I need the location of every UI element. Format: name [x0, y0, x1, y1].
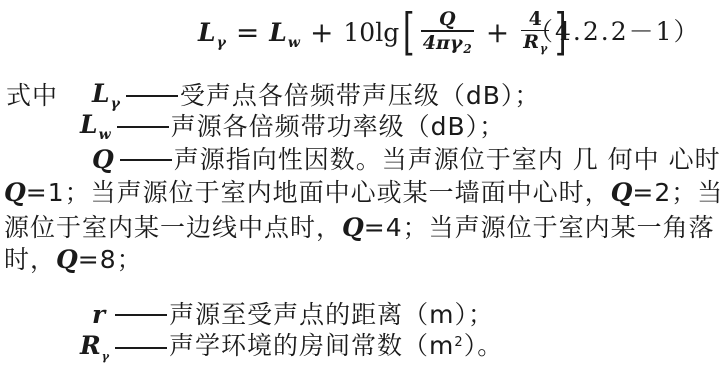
definition-lw: Lw 声源各倍频带功率级（dB）；	[80, 111, 505, 143]
em-dash	[117, 126, 169, 128]
definition-q-continuation-3: 时， Q =8；	[4, 244, 143, 276]
symbol-q: Q	[92, 144, 114, 176]
definition-q-continuation-1: Q =1；当声源位于室内地面中心或某一墙面中心时， Q =2；当声	[4, 177, 720, 209]
definition-text: 声源指向性因数。当声源位于室内 几 何中 心时，	[174, 144, 720, 176]
left-bracket: [	[403, 7, 415, 57]
plus-sign-2: +	[486, 16, 509, 49]
em-dash	[120, 159, 172, 161]
definition-text: 受声点各倍频带声压级（dB）；	[180, 80, 541, 112]
fraction-q-over-4pi-r2: Q 4πγ2	[421, 8, 474, 56]
formula: Lγ = Lw + 10lg [ Q 4πγ2 + 4 Rγ ]	[198, 4, 571, 60]
formula-lhs: Lγ	[198, 18, 226, 47]
definition-lgamma: 式中 Lγ 受声点各倍频带声压级（dB）；	[6, 80, 540, 112]
intro-label: 式中	[6, 80, 58, 112]
log-term: 10lg	[343, 18, 399, 47]
equals-sign: =	[236, 16, 259, 49]
definition-text: 声学环境的房间常数（m2）。	[169, 330, 503, 367]
symbol-r: r	[92, 299, 105, 331]
definition-text: 声源各倍频带功率级（dB）；	[171, 111, 506, 143]
definition-text: 声源至受声点的距离（m）；	[169, 299, 494, 331]
definition-q: Q 声源指向性因数。当声源位于室内 几 何中 心时，	[92, 144, 720, 176]
symbol-rgamma: Rγ	[80, 330, 109, 367]
symbol-lw: Lw	[80, 109, 111, 145]
em-dash	[115, 347, 167, 349]
em-dash	[126, 95, 178, 97]
em-dash	[115, 314, 167, 316]
equation-number: （4.2.2－1）	[528, 12, 701, 48]
definition-q-continuation-2: 源位于室内某一边线中点时， Q =4；当声源位于室内某一角落	[4, 212, 715, 244]
formula-rhs-lw: Lw	[269, 18, 300, 47]
plus-sign: +	[310, 16, 333, 49]
definition-r: r 声源至受声点的距离（m）；	[92, 299, 494, 331]
definition-rgamma: Rγ 声学环境的房间常数（m2）。	[80, 332, 503, 364]
